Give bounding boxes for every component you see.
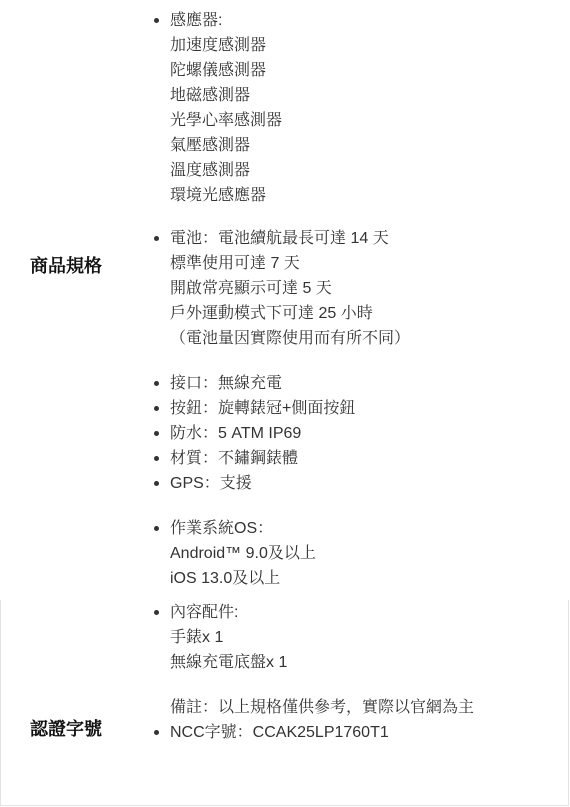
spec-line: 無線充電底盤x 1 (150, 650, 564, 675)
spec-line: （電池量因實際使用而有所不同） (150, 326, 564, 351)
row-label-certification: 認證字號 (30, 717, 102, 742)
spec-line-bulleted: NCC字號：CCAK25LP1760T1 (150, 720, 564, 745)
spec-line: 地磁感測器 (150, 83, 564, 108)
spec-group-sensors: 感應器:加速度感測器陀螺儀感測器地磁感測器光學心率感測器氣壓感測器溫度感測器環境… (150, 8, 564, 208)
spec-group-note: 備註：以上規格僅供參考，實際以官網為主 (150, 695, 564, 720)
spec-line: 開啟常亮顯示可達 5 天 (150, 276, 564, 301)
spec-list: 感應器:加速度感測器陀螺儀感測器地磁感測器光學心率感測器氣壓感測器溫度感測器環境… (150, 8, 564, 745)
spec-line: 戶外運動模式下可達 25 小時 (150, 301, 564, 326)
product-spec-section: 商品規格 認證字號 感應器:加速度感測器陀螺儀感測器地磁感測器光學心率感測器氣壓… (0, 0, 570, 807)
spec-group-battery: 電池：電池續航最長可達 14 天標準使用可達 7 天開啟常亮顯示可達 5 天戶外… (150, 226, 564, 351)
spec-line-bulleted: 接口：無線充電 (150, 371, 564, 396)
spec-line: iOS 13.0及以上 (150, 566, 564, 591)
spec-line-bulleted: 按鈕：旋轉錶冠+側面按鈕 (150, 396, 564, 421)
spec-line-bulleted: 作業系統OS： (150, 516, 564, 541)
spec-line: 氣壓感測器 (150, 133, 564, 158)
spec-line: 光學心率感測器 (150, 108, 564, 133)
spec-line: Android™ 9.0及以上 (150, 541, 564, 566)
row-label-specs: 商品規格 (30, 254, 102, 279)
spec-group-os: 作業系統OS：Android™ 9.0及以上iOS 13.0及以上 (150, 516, 564, 591)
spec-line: 環境光感應器 (150, 183, 564, 208)
spec-line-bulleted: 防水：5 ATM IP69 (150, 421, 564, 446)
spec-line-bulleted: 材質：不鏽鋼錶體 (150, 446, 564, 471)
spec-group-hardware: 接口：無線充電按鈕：旋轉錶冠+側面按鈕防水：5 ATM IP69材質：不鏽鋼錶體… (150, 371, 564, 496)
spec-line: 陀螺儀感測器 (150, 58, 564, 83)
spec-line-bulleted: GPS：支援 (150, 471, 564, 496)
spec-line-bulleted: 感應器: (150, 8, 564, 33)
spec-line: 手錶x 1 (150, 625, 564, 650)
spec-line: 加速度感測器 (150, 33, 564, 58)
spec-line-bulleted: 電池：電池續航最長可達 14 天 (150, 226, 564, 251)
spec-line: 溫度感測器 (150, 158, 564, 183)
spec-line: 備註：以上規格僅供參考，實際以官網為主 (150, 695, 564, 720)
spec-group-package-contents: 內容配件:手錶x 1無線充電底盤x 1 (150, 600, 564, 675)
spec-group-ncc-certification: NCC字號：CCAK25LP1760T1 (150, 720, 564, 745)
spec-line: 標準使用可達 7 天 (150, 251, 564, 276)
spec-line-bulleted: 內容配件: (150, 600, 564, 625)
